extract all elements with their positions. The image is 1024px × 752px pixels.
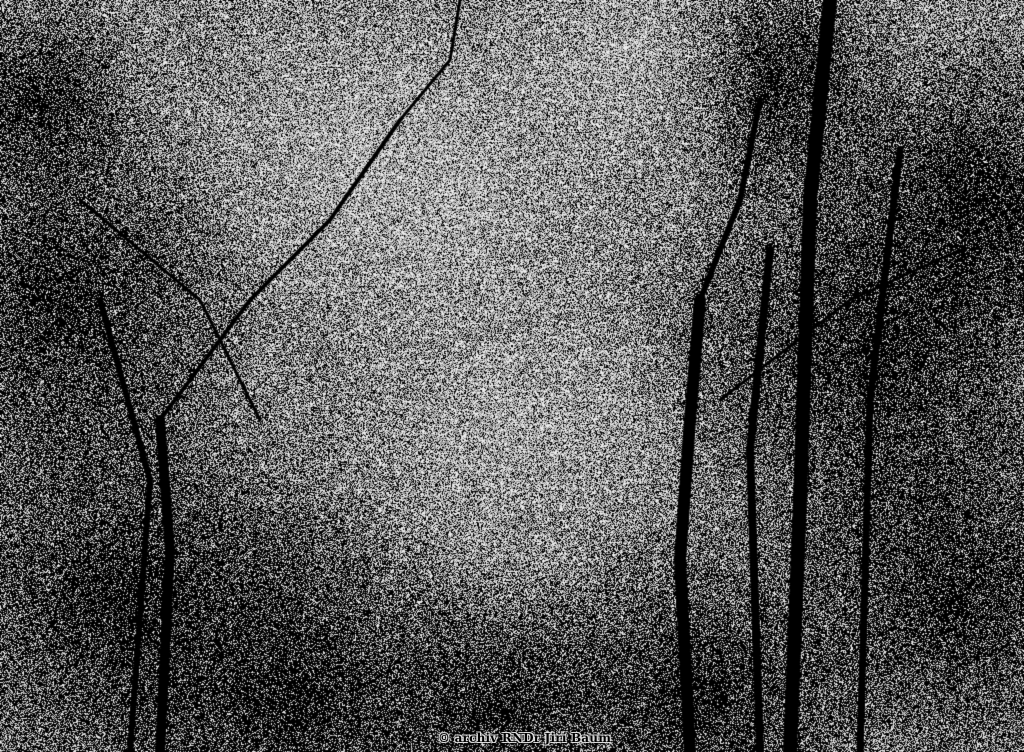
copyright-watermark: © archiv RNDr Jiří Baum [438,731,611,745]
forest-photo [0,0,1024,752]
